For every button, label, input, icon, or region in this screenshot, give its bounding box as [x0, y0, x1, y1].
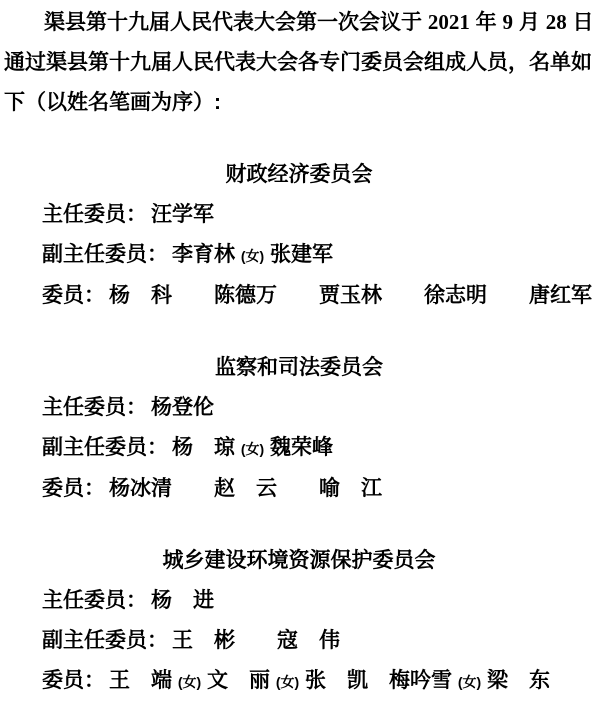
- member-names: 汪学军: [151, 203, 214, 226]
- female-marker: (女): [241, 441, 264, 457]
- intro-line: 渠县第十九届人民代表大会第一次会议于 2021 年 9 月 28 日: [4, 2, 594, 43]
- role-label: 委员：: [42, 477, 105, 500]
- committee-title: 城乡建设环境资源保护委员会: [4, 541, 594, 581]
- document-page: 渠县第十九届人民代表大会第一次会议于 2021 年 9 月 28 日 通过渠县第…: [0, 0, 594, 705]
- serif-number: 2021: [428, 10, 470, 34]
- committee-row: 副主任委员：李育林 (女) 张建军: [4, 235, 594, 276]
- member-names: 王 端 (女) 文 丽 (女) 张 凯 梅吟雪 (女) 梁 东: [109, 669, 550, 692]
- intro-line: 通过渠县第十九届人民代表大会各专门委员会组成人员，名单如: [4, 43, 594, 83]
- role-label: 副主任委员：: [42, 243, 168, 266]
- committee-section-finance: 财政经济委员会 主任委员：汪学军 副主任委员：李育林 (女) 张建军 委员：杨 …: [4, 155, 594, 316]
- role-label: 副主任委员：: [42, 436, 168, 459]
- female-marker: (女): [241, 248, 264, 264]
- committee-row: 主任委员：杨 进: [4, 581, 594, 621]
- member-names: 杨登伦: [151, 396, 214, 419]
- role-label: 主任委员：: [42, 396, 147, 419]
- committee-row: 主任委员：汪学军: [4, 195, 594, 235]
- intro-line: 下（以姓名笔画为序）:: [4, 83, 594, 123]
- role-label: 主任委员：: [42, 589, 147, 612]
- committee-row: 副主任委员：杨 琼 (女) 魏荣峰: [4, 428, 594, 469]
- committee-row: 委员：杨 科 陈德万 贾玉林 徐志明 唐红军: [4, 276, 594, 316]
- role-label: 副主任委员：: [42, 629, 168, 652]
- member-names: 杨冰清 赵 云 喻 江: [109, 477, 382, 500]
- member-names: 杨 琼 (女) 魏荣峰: [172, 436, 333, 459]
- member-names: 王 彬 寇 伟: [172, 629, 340, 652]
- committee-title: 监察和司法委员会: [4, 348, 594, 388]
- committee-section-supervision-justice: 监察和司法委员会 主任委员：杨登伦 副主任委员：杨 琼 (女) 魏荣峰 委员：杨…: [4, 348, 594, 509]
- role-label: 委员：: [42, 669, 105, 692]
- role-label: 主任委员：: [42, 203, 147, 226]
- committee-row: 副主任委员：王 彬 寇 伟: [4, 621, 594, 661]
- member-names: 杨 进: [151, 589, 214, 612]
- female-marker: (女): [178, 674, 201, 690]
- committee-title: 财政经济委员会: [4, 155, 594, 195]
- committee-row: 主任委员：杨登伦: [4, 388, 594, 428]
- committee-section-urban-rural-environment: 城乡建设环境资源保护委员会 主任委员：杨 进 副主任委员：王 彬 寇 伟 委员：…: [4, 541, 594, 702]
- female-marker: (女): [458, 674, 481, 690]
- role-label: 委员：: [42, 284, 105, 307]
- serif-number: 28: [546, 10, 567, 34]
- committee-row: 委员：杨冰清 赵 云 喻 江: [4, 469, 594, 509]
- committee-row: 委员：王 端 (女) 文 丽 (女) 张 凯 梅吟雪 (女) 梁 东: [4, 661, 594, 702]
- member-names: 杨 科 陈德万 贾玉林 徐志明 唐红军: [109, 284, 592, 307]
- female-marker: (女): [276, 674, 299, 690]
- intro-paragraph: 渠县第十九届人民代表大会第一次会议于 2021 年 9 月 28 日 通过渠县第…: [4, 2, 594, 123]
- serif-number: 9: [503, 10, 514, 34]
- member-names: 李育林 (女) 张建军: [172, 243, 333, 266]
